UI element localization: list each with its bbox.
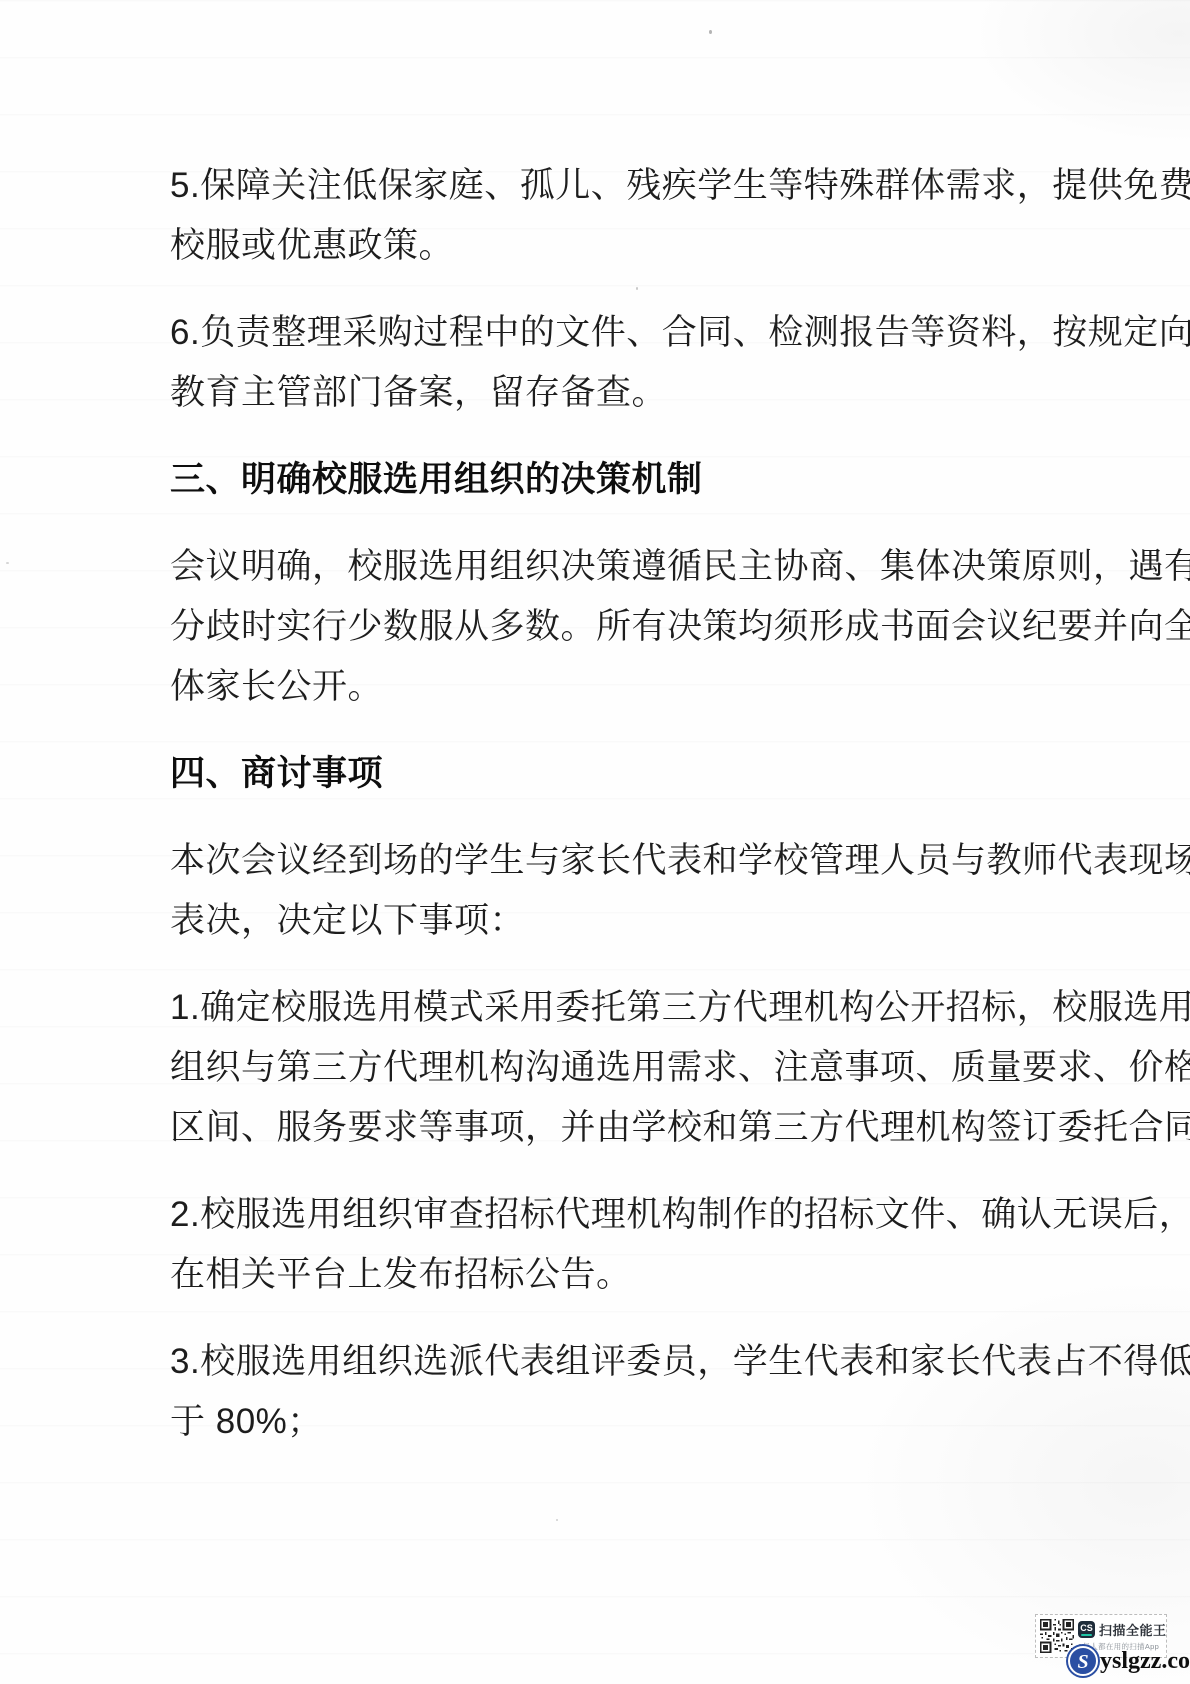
text-line: 在相关平台上发布招标公告。 xyxy=(170,1245,1070,1305)
paragraph-item-3: 3.校服选用组织选派代表组评委员，学生代表和家长代表占不得低 于 80%； xyxy=(170,1332,1070,1452)
site-logo-icon: S xyxy=(1068,1646,1098,1676)
section-heading-3: 三、明确校服选用组织的决策机制 xyxy=(170,450,1070,510)
text-line: 于 80%； xyxy=(170,1392,1070,1452)
heading-text: 三、明确校服选用组织的决策机制 xyxy=(170,450,1070,510)
paragraph-item-1: 1.确定校服选用模式采用委托第三方代理机构公开招标，校服选用 组织与第三方代理机… xyxy=(170,978,1070,1158)
text-line: 6.负责整理采购过程中的文件、合同、检测报告等资料，按规定向 xyxy=(170,303,1070,363)
text-line: 组织与第三方代理机构沟通选用需求、注意事项、质量要求、价格 xyxy=(170,1038,1070,1098)
scan-speck xyxy=(556,1519,558,1521)
camscanner-app-icon: CS xyxy=(1078,1621,1095,1638)
text-line: 本次会议经到场的学生与家长代表和学校管理人员与教师代表现场 xyxy=(170,831,1070,891)
paragraph-vote-intro: 本次会议经到场的学生与家长代表和学校管理人员与教师代表现场 表决，决定以下事项： xyxy=(170,831,1070,951)
document-body: 5.保障关注低保家庭、孤儿、残疾学生等特殊群体需求，提供免费 校服或优惠政策。 … xyxy=(170,156,1070,1479)
text-line: 1.确定校服选用模式采用委托第三方代理机构公开招标，校服选用 xyxy=(170,978,1070,1038)
camscanner-app-name: 扫描全能王 xyxy=(1099,1620,1167,1639)
paragraph-5: 5.保障关注低保家庭、孤儿、残疾学生等特殊群体需求，提供免费 校服或优惠政策。 xyxy=(170,156,1070,276)
text-line: 体家长公开。 xyxy=(170,657,1070,717)
scan-speck xyxy=(709,30,712,34)
text-line: 分歧时实行少数服从多数。所有决策均须形成书面会议纪要并向全 xyxy=(170,597,1070,657)
text-line: 教育主管部门备案，留存备查。 xyxy=(170,363,1070,423)
text-line: 2.校服选用组织审查招标代理机构制作的招标文件、确认无误后， xyxy=(170,1185,1070,1245)
paragraph-item-2: 2.校服选用组织审查招标代理机构制作的招标文件、确认无误后， 在相关平台上发布招… xyxy=(170,1185,1070,1305)
text-line: 表决，决定以下事项： xyxy=(170,891,1070,951)
text-line: 校服或优惠政策。 xyxy=(170,216,1070,276)
text-line: 区间、服务要求等事项，并由学校和第三方代理机构签订委托合同。 xyxy=(170,1098,1070,1158)
paragraph-6: 6.负责整理采购过程中的文件、合同、检测报告等资料，按规定向 教育主管部门备案，… xyxy=(170,303,1070,423)
text-line: 3.校服选用组织选派代表组评委员，学生代表和家长代表占不得低 xyxy=(170,1332,1070,1392)
paragraph-decision-mechanism: 会议明确，校服选用组织决策遵循民主协商、集体决策原则，遇有 分歧时实行少数服从多… xyxy=(170,537,1070,717)
text-line: 会议明确，校服选用组织决策遵循民主协商、集体决策原则，遇有 xyxy=(170,537,1070,597)
scanned-document-page: 5.保障关注低保家庭、孤儿、残疾学生等特殊群体需求，提供免费 校服或优惠政策。 … xyxy=(0,0,1190,1684)
site-watermark: S yslgzz.com xyxy=(1068,1646,1190,1676)
site-url: yslgzz.com xyxy=(1100,1648,1190,1675)
text-line: 5.保障关注低保家庭、孤儿、残疾学生等特殊群体需求，提供免费 xyxy=(170,156,1070,216)
scan-speck xyxy=(6,562,9,564)
section-heading-4: 四、商讨事项 xyxy=(170,744,1070,804)
heading-text: 四、商讨事项 xyxy=(170,744,1070,804)
